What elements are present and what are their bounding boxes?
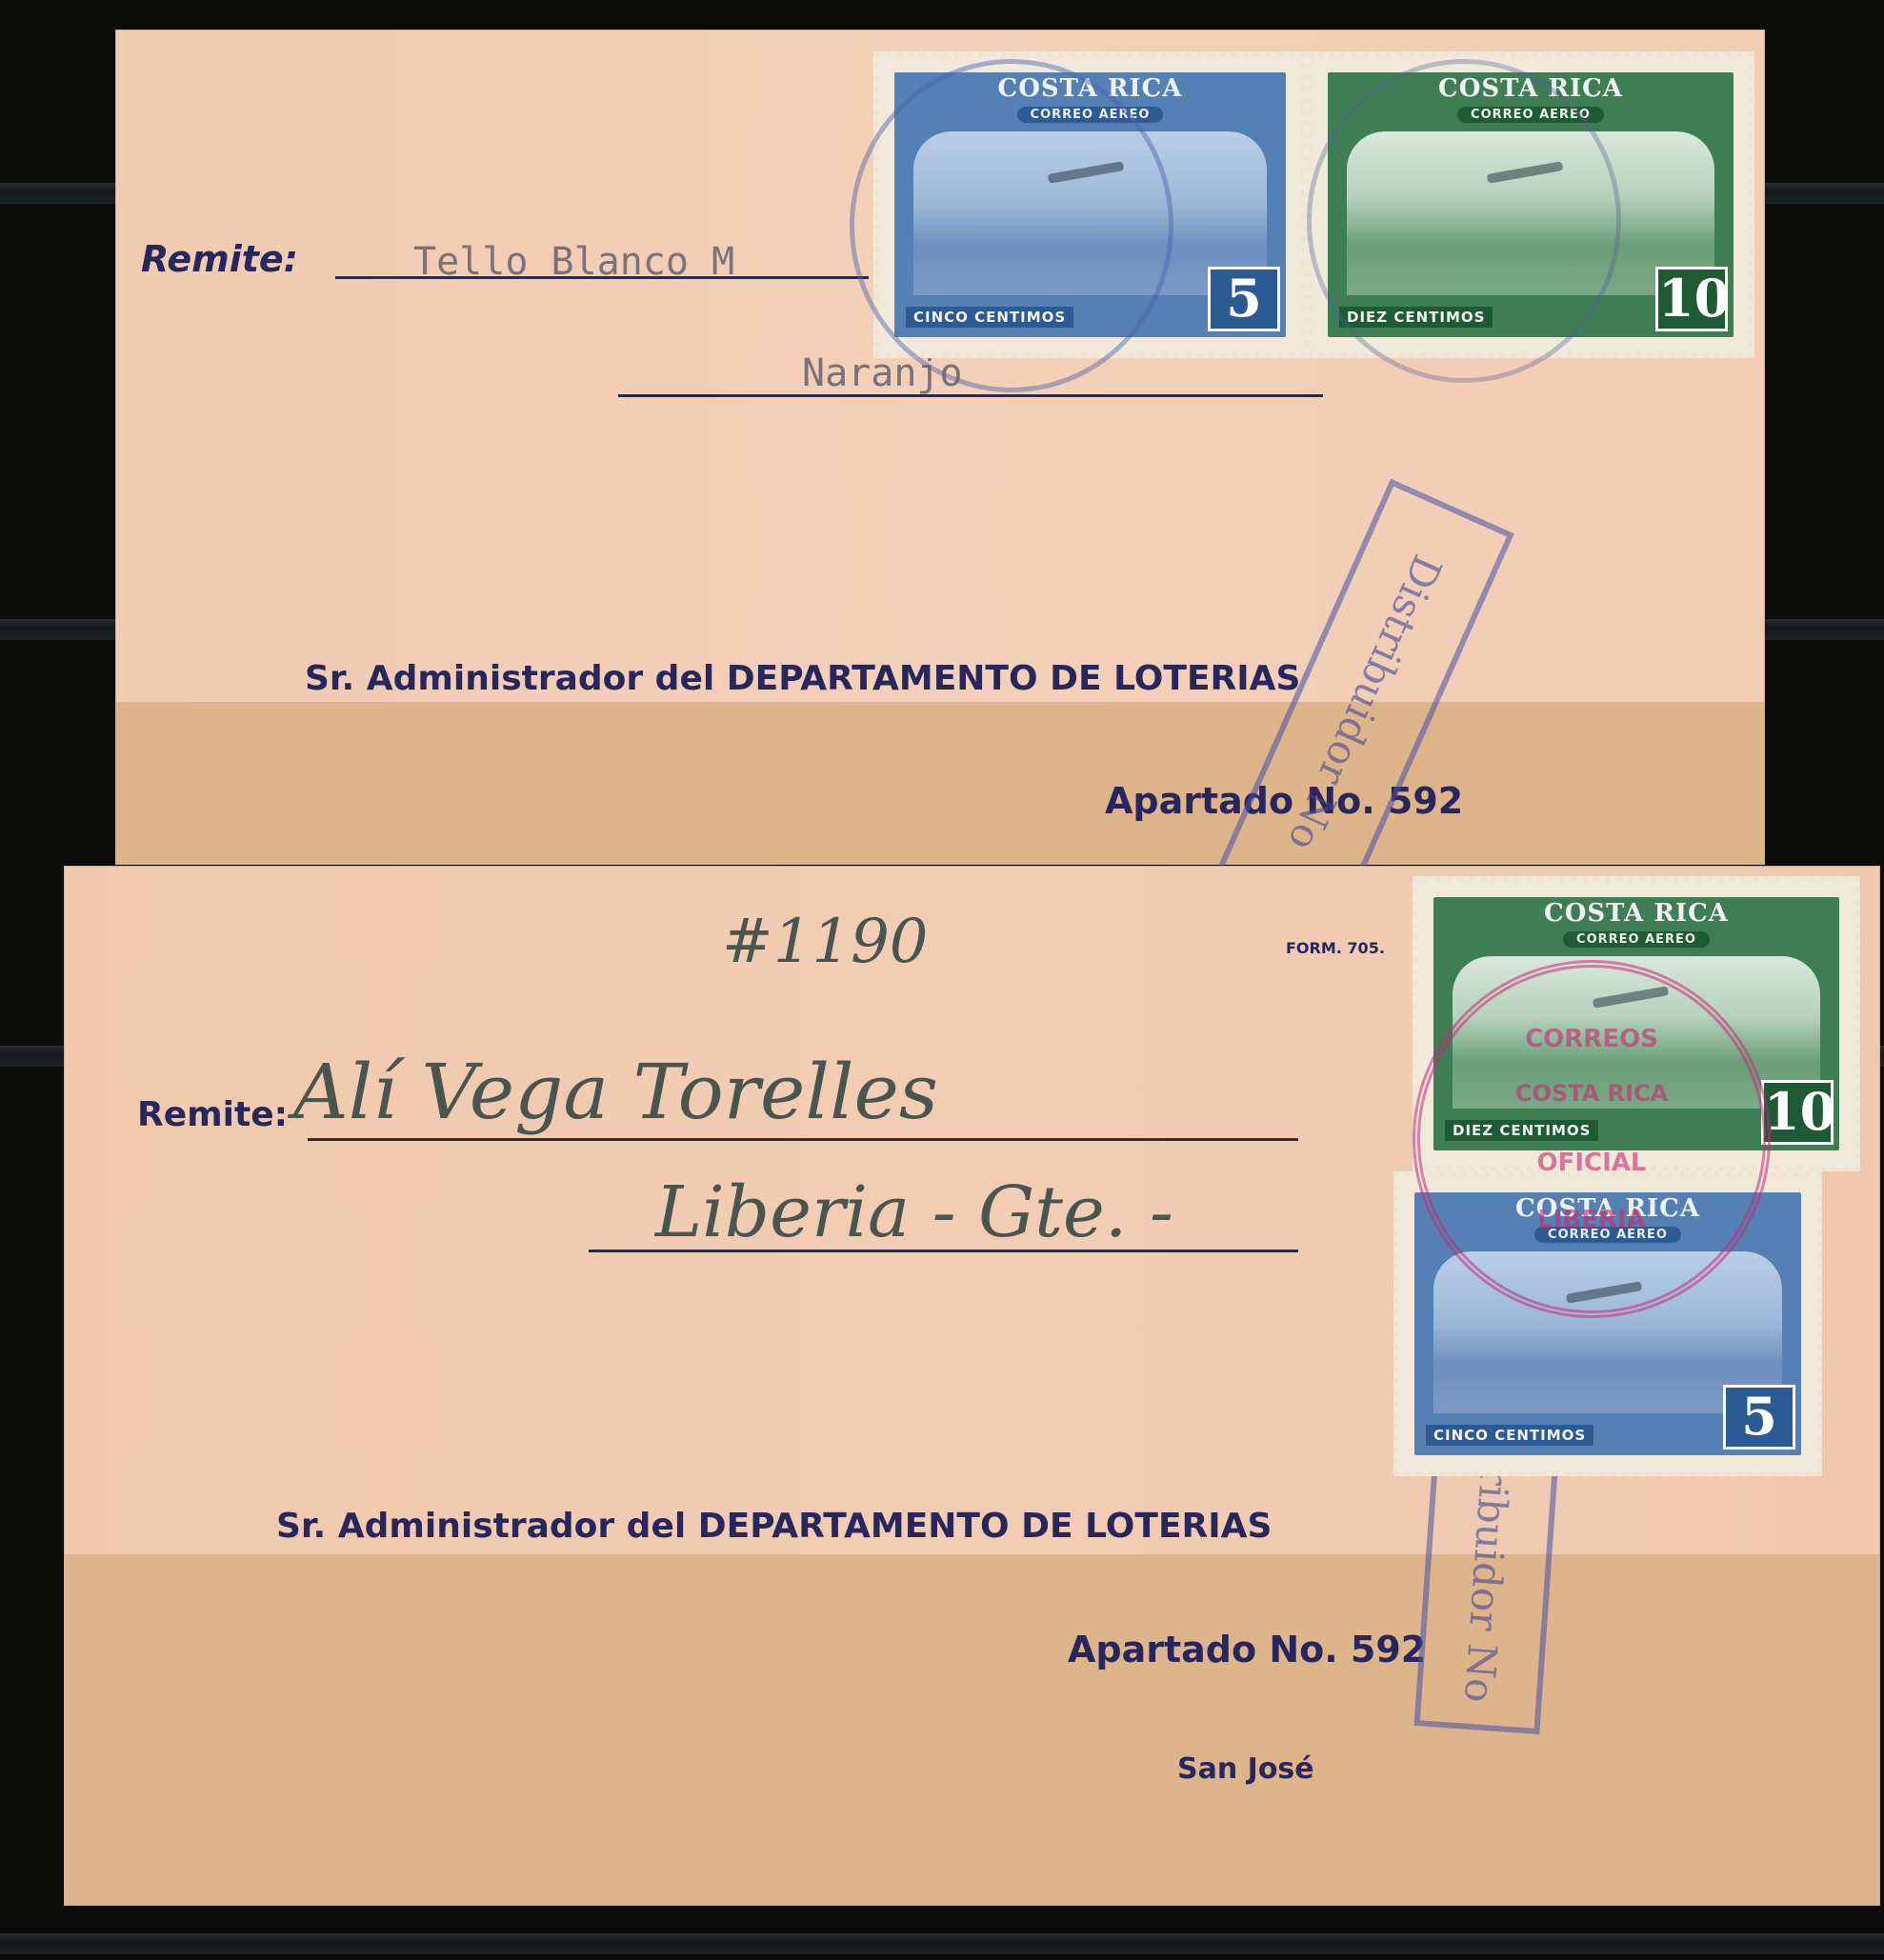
city: San José [1177, 1752, 1314, 1786]
sender-name-line [308, 1138, 1298, 1141]
sender-town: Liberia - Gte. - [655, 1171, 1173, 1253]
docket-number: #1190 [722, 907, 929, 977]
cover-top: Remite: Tello Blanco M Naranjo Sr. Admin… [116, 30, 1764, 864]
sender-label: Remite: [137, 1095, 288, 1134]
sender-label: Remite: [141, 238, 298, 280]
sender-name: Tello Blanco M [413, 240, 734, 284]
sender-name: Alí Vega Torelles [293, 1048, 938, 1136]
po-box: Apartado No. 592 [1068, 1629, 1426, 1670]
addressee-line: Sr. Administrador del DEPARTAMENTO DE LO… [276, 1507, 1272, 1546]
postmark-blue-right [1307, 59, 1621, 383]
postmark-blue-left [850, 59, 1173, 392]
album-rail [0, 1933, 1884, 1954]
addressee-line: Sr. Administrador del DEPARTAMENTO DE LO… [305, 659, 1300, 698]
cover-bottom-lower-band [65, 1554, 1879, 1905]
form-number: FORM. 705. [1286, 939, 1385, 957]
cover-bottom: #1190 FORM. 705. Remite: Alí Vega Torell… [65, 867, 1879, 1905]
postmark-red-oficial: CORREOS COSTA RICA OFICIAL LIBERIA [1413, 960, 1771, 1318]
cover-top-lower-band [116, 702, 1764, 864]
sender-town-line [618, 394, 1323, 397]
